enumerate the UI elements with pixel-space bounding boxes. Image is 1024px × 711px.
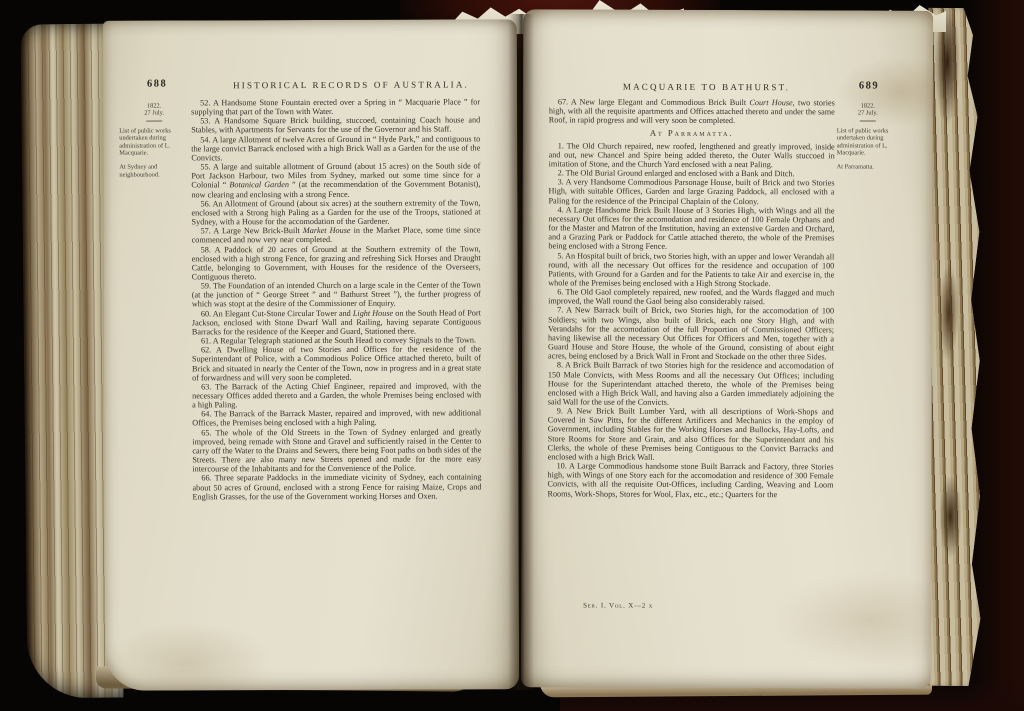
body-text-right: 67. A New large Elegant and Commodious B… (547, 97, 834, 499)
paragraph: 8. A Brick Built Barrack of two Stories … (548, 361, 834, 408)
paragraph: 60. An Elegant Cut-Stone Circular Tower … (192, 308, 481, 336)
running-head-right: MACQUARIE TO BATHURST. (623, 82, 790, 93)
paragraph: 58. A Paddock of 20 acres of Ground at t… (192, 244, 481, 282)
margin-notes-left: 1822. 27 July. List of public works unde… (119, 102, 189, 185)
paragraph: 3. A very Handsome Commodious Parsonage … (549, 178, 835, 206)
paragraph: 1. The Old Church repaired, new roofed, … (549, 141, 835, 169)
margin-location-note: At Sydney and neighbourhood. (119, 164, 189, 179)
paragraph: 9. A New Brick Built Lumber Yard, with a… (548, 407, 834, 463)
margin-notes-right: 1822. 27 July. List of public works unde… (837, 102, 899, 178)
paragraph: 64. The Barrack of the Barrack Master, r… (192, 409, 481, 428)
paragraph: 67. A New large Elegant and Commodious B… (549, 97, 835, 125)
paragraph: 54. A large Allotment of twelve Acres of… (191, 134, 480, 162)
section-heading: At Parramatta. (549, 129, 835, 139)
paragraph: 59. The Foundation of an intended Church… (192, 281, 481, 309)
paragraph: 65. The whole of the Old Streets in the … (192, 427, 481, 474)
margin-works-note: List of public works undertaken during a… (837, 127, 899, 157)
paragraph: 63. The Barrack of the Acting Chief Engi… (192, 381, 481, 409)
margin-rule (146, 120, 162, 121)
right-page: MACQUARIE TO BATHURST. 689 1822. 27 July… (521, 9, 933, 688)
left-page: 688 HISTORICAL RECORDS OF AUSTRALIA. 182… (103, 19, 519, 690)
paragraph: 5. An Hospital built of brick, two Stori… (548, 251, 834, 289)
paragraph: 53. A Handsome Square Brick building, st… (191, 116, 480, 135)
paragraph: 52. A Handsome Stone Fountain erected ov… (191, 97, 480, 116)
margin-date: 1822. 27 July. (119, 102, 189, 117)
paragraph: 4. A Large Handsome Brick Built House of… (548, 205, 834, 252)
paragraph: 57. A Large New Brick-Built Market House… (192, 226, 481, 245)
book-photo-scene: 688 HISTORICAL RECORDS OF AUSTRALIA. 182… (0, 0, 1024, 711)
paragraph: 7. A New Barrack built of Brick, two Sto… (548, 306, 834, 362)
paragraph: 6. The Old Gaol completely repaired, new… (548, 288, 834, 307)
margin-rule (860, 120, 876, 121)
running-head-left: HISTORICAL RECORDS OF AUSTRALIA. (233, 79, 469, 90)
paragraph: 55. A large and suitable allotment of Gr… (191, 162, 480, 200)
body-text-left: 52. A Handsome Stone Fountain erected ov… (191, 97, 481, 501)
paragraph: 66. Three separate Paddocks in the immed… (192, 473, 481, 501)
margin-date: 1822. 27 July. (837, 102, 899, 117)
margin-works-note: List of public works undertaken during a… (119, 127, 189, 157)
paragraph: 62. A Dwelling House of two Stories and … (192, 345, 481, 383)
paragraph: 10. A Large Commodious handsome stone Bu… (547, 461, 833, 499)
page-number-right: 689 (859, 80, 879, 91)
margin-location-note: At Parramatta. (837, 164, 899, 172)
signature-line: Ser. I. Vol. X—2 x (583, 601, 653, 609)
page-number-left: 688 (147, 78, 167, 89)
paragraph: 56. An Allotment of Ground (about six ac… (191, 198, 480, 226)
